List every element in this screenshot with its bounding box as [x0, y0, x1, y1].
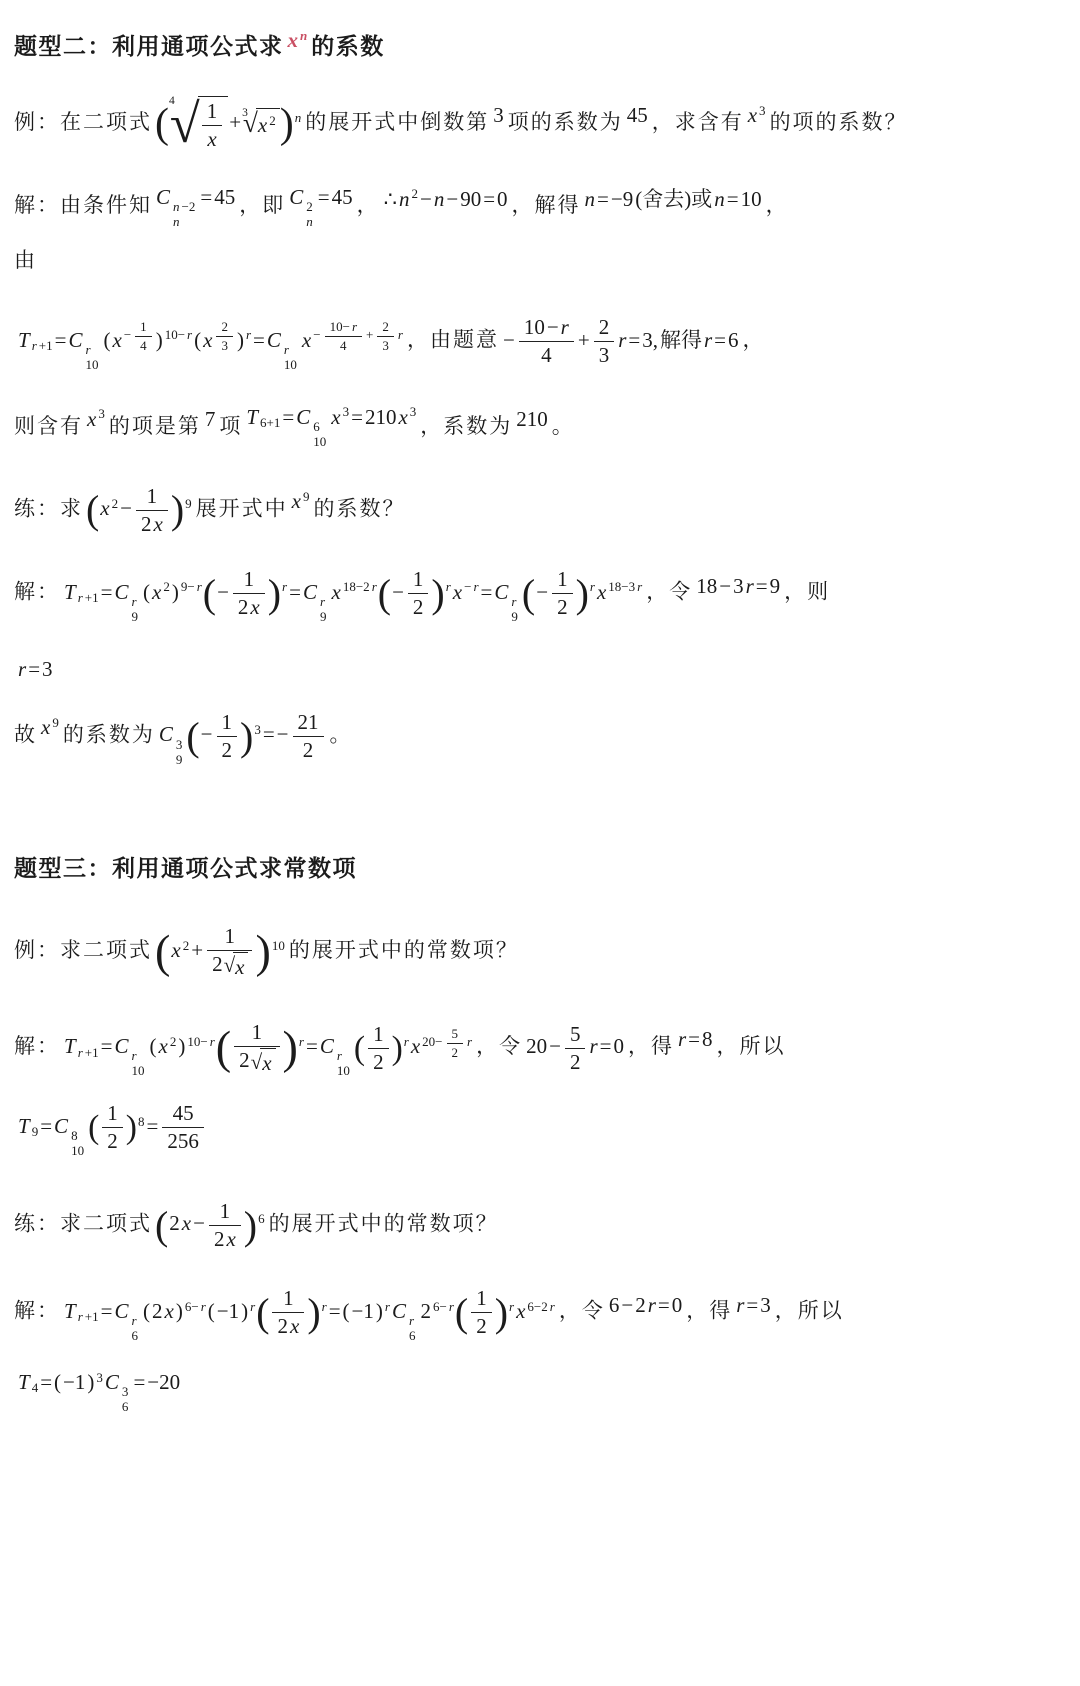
formula: x9: [37, 713, 63, 742]
formula: 210: [512, 405, 552, 434]
formula: r=3: [14, 655, 57, 684]
practice-1-r-value: r=3: [14, 655, 1066, 684]
practice-2-solution-formula: 解：Tr+1=Cr6(2x)6−r(−1)r(12x)r=(−1)rCr626−…: [14, 1286, 1066, 1344]
solution-1-general-term: Tr+1=Cr10(x−14)10−r(x23)r=Cr10x−10−r4+23…: [14, 315, 1066, 373]
practice-1-conclusion: 故x9的系数为C39(−12)3=−212。: [14, 710, 1066, 768]
text-run: 例：求二项式: [14, 938, 152, 962]
text-run: 由: [14, 248, 37, 272]
practice-1-solution-formula: 解：Tr+1=Cr9(x2)9−r(−12x)r=Cr9x18−2r(−12)r…: [14, 567, 1066, 625]
worksheet-page: 题型二：利用通项公式求xn的系数 例：在二项式(4√1x+3√x2)n的展开式中…: [0, 0, 1080, 1686]
text-run: 题型三：利用通项公式求常数项: [14, 855, 357, 881]
text-run: ，解得: [512, 193, 581, 217]
text-run: 。: [552, 414, 575, 438]
formula: C2n=45: [285, 183, 356, 230]
formula: 18−3r=9: [692, 572, 784, 601]
text-run: 练：求: [14, 496, 83, 520]
text-run: ，: [743, 328, 766, 352]
text-run: 则含有: [14, 414, 83, 438]
text-run: ，令: [646, 580, 692, 604]
formula: n=−9(舍去)或n=10: [581, 185, 766, 214]
text-run: ，则: [784, 580, 830, 604]
formula: −10−r4+23r=3,解得r=6: [499, 315, 743, 368]
text-run: 解：: [14, 580, 60, 604]
formula: xn: [284, 26, 312, 55]
formula: Cn−2n=45: [152, 183, 239, 230]
text-run: 展开式中: [196, 496, 288, 520]
text-run: 的展开式中倒数第: [305, 110, 489, 134]
text-run: ，: [357, 193, 380, 217]
formula: x9: [288, 487, 314, 516]
solution-1-conclusion: 则含有x3的项是第7项T6+1=C610x3=210x3，系数为210。: [14, 403, 1066, 450]
practice-1-problem: 练：求(x2−12x)9展开式中x9的系数？: [14, 484, 1066, 537]
text-run: 例：在二项式: [14, 110, 152, 134]
solution-1-line-1: 解：由条件知Cn−2n=45，即C2n=45，∴n2−n−90=0，解得n=−9…: [14, 183, 1066, 230]
text-run: 练：求二项式: [14, 1211, 152, 1235]
text-run: 解：: [14, 1299, 60, 1323]
formula: (2x−12x)6: [152, 1199, 269, 1252]
text-run: ，令: [476, 1034, 522, 1058]
formula: Tr+1=Cr10(x−14)10−r(x23)r=Cr10x−10−r4+23…: [14, 319, 407, 372]
formula: (4√1x+3√x2)n: [152, 96, 305, 152]
formula: T4=(−1)3C36=−20: [14, 1368, 184, 1415]
text-run: ，令: [559, 1299, 605, 1323]
text-run: 的展开式中的常数项？: [269, 1211, 499, 1235]
text-run: ，即: [239, 193, 285, 217]
text-run: 项: [219, 414, 242, 438]
formula: 7: [201, 405, 220, 434]
text-run: 项的系数为: [508, 110, 623, 134]
practice-2-problem: 练：求二项式(2x−12x)6的展开式中的常数项？: [14, 1199, 1066, 1252]
formula: 3: [489, 101, 508, 130]
text-run: ，求含有: [652, 110, 744, 134]
formula: T9=C810(12)8=45256: [14, 1101, 210, 1159]
solution-1-line-2: 由: [14, 246, 1066, 275]
formula: ∴n2−n−90=0: [380, 185, 512, 214]
text-run: 的系数？: [313, 496, 405, 520]
formula: 20−52r=0: [522, 1022, 628, 1075]
formula: Tr+1=Cr6(2x)6−r(−1)r(12x)r=(−1)rCr626−r(…: [60, 1286, 559, 1344]
text-run: ，得: [686, 1299, 732, 1323]
example-1-problem: 例：在二项式(4√1x+3√x2)n的展开式中倒数第3项的系数为45，求含有x3…: [14, 96, 1066, 152]
formula: (x2−12x)9: [83, 484, 196, 537]
formula: 45: [623, 101, 652, 130]
text-run: 的项的系数？: [770, 110, 908, 134]
formula: C39(−12)3=−212: [155, 710, 330, 768]
text-run: 题型二：利用通项公式求: [14, 33, 284, 59]
example-2-solution-formula: 解：Tr+1=Cr10(x2)10−r(12√x)r=Cr10(12)rx20−…: [14, 1020, 1066, 1079]
formula: Tr+1=Cr9(x2)9−r(−12x)r=Cr9x18−2r(−12)rx−…: [60, 567, 646, 625]
text-run: 的系数为: [63, 722, 155, 746]
example-2-problem: 例：求二项式(x2+12√x)10的展开式中的常数项？: [14, 924, 1066, 980]
formula: r=3: [732, 1291, 775, 1320]
text-run: 。: [330, 722, 353, 746]
text-run: ，: [766, 193, 789, 217]
practice-2-result: T4=(−1)3C36=−20: [14, 1368, 1066, 1415]
formula: x3: [744, 101, 770, 130]
formula: Tr+1=Cr10(x2)10−r(12√x)r=Cr10(12)rx20−52…: [60, 1020, 476, 1079]
heading-type-2: 题型二：利用通项公式求xn的系数: [14, 26, 1066, 62]
text-run: ，所以: [775, 1299, 844, 1323]
text-run: 解：由条件知: [14, 193, 152, 217]
text-run: ，得: [628, 1034, 674, 1058]
formula: r=8: [674, 1025, 717, 1054]
text-run: 的系数: [311, 33, 385, 59]
example-2-result: T9=C810(12)8=45256: [14, 1101, 1066, 1159]
formula: (x2+12√x)10: [152, 924, 289, 980]
text-run: ，由题意: [407, 328, 499, 352]
text-run: ，所以: [717, 1034, 786, 1058]
formula: x3: [83, 405, 109, 434]
text-run: 的项是第: [109, 414, 201, 438]
text-run: 故: [14, 722, 37, 746]
formula: 6−2r=0: [605, 1291, 686, 1320]
text-run: ，系数为: [420, 414, 512, 438]
text-run: 的展开式中的常数项？: [289, 938, 519, 962]
formula: T6+1=C610x3=210x3: [242, 403, 420, 450]
text-run: 解：: [14, 1034, 60, 1058]
heading-type-3: 题型三：利用通项公式求常数项: [14, 852, 1066, 884]
